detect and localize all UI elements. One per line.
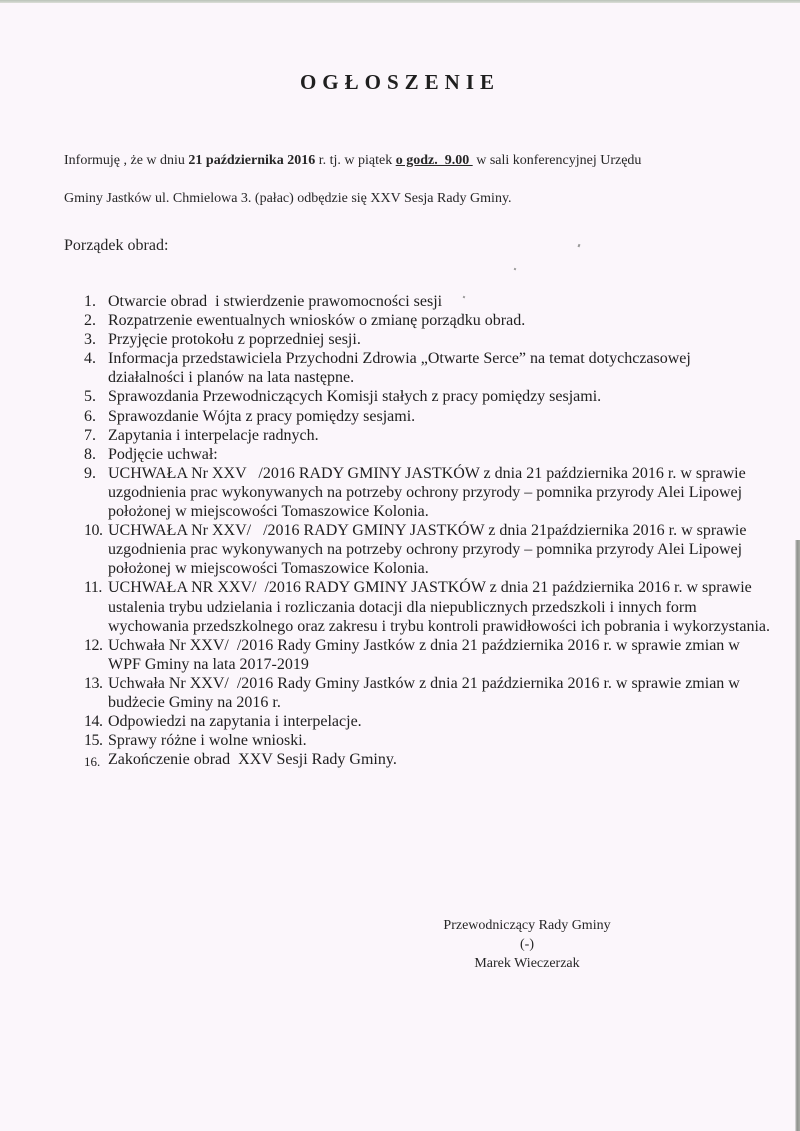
intro-line-1: Informuję , że w dniu 21 października 20… bbox=[64, 153, 784, 169]
agenda-item-number: 5. bbox=[84, 387, 96, 406]
agenda-item-text: Zakończenie obrad XXV Sesji Rady Gminy. bbox=[108, 750, 794, 769]
scan-speck bbox=[514, 268, 516, 270]
agenda-item-number: 11. bbox=[84, 578, 102, 597]
agenda-item: 11.UCHWAŁA NR XXV/ /2016 RADY GMINY JAST… bbox=[84, 578, 794, 635]
agenda-item-number: 14. bbox=[84, 712, 103, 731]
agenda-item-number: 13. bbox=[84, 674, 103, 693]
agenda-item-text: UCHWAŁA NR XXV/ /2016 RADY GMINY JASTKÓW… bbox=[108, 578, 774, 635]
agenda-item: 2.Rozpatrzenie ewentualnych wniosków o z… bbox=[84, 311, 794, 330]
agenda-item: 7.Zapytania i interpelacje radnych. bbox=[84, 426, 794, 445]
agenda-item: 9.UCHWAŁA Nr XXV /2016 RADY GMINY JASTKÓ… bbox=[84, 464, 794, 521]
agenda-item-number: 1. bbox=[84, 292, 96, 311]
agenda-item: 4.Informacja przedstawiciela Przychodni … bbox=[84, 349, 794, 387]
agenda-item: 10.UCHWAŁA Nr XXV/ /2016 RADY GMINY JAST… bbox=[84, 521, 794, 578]
agenda-item-text: Informacja przedstawiciela Przychodni Zd… bbox=[108, 349, 704, 387]
signature-block: Przewodniczący Rady Gminy (-) Marek Wiec… bbox=[412, 916, 642, 973]
agenda-item-text: Podjęcie uchwał: bbox=[108, 445, 794, 464]
agenda-item-text: Rozpatrzenie ewentualnych wniosków o zmi… bbox=[108, 311, 794, 330]
intro-line-2: Gminy Jastków ul. Chmielowa 3. (pałac) o… bbox=[64, 191, 784, 207]
agenda-item-text: Sprawy różne i wolne wnioski. bbox=[108, 731, 794, 750]
agenda-item: 15.Sprawy różne i wolne wnioski. bbox=[84, 731, 794, 750]
intro-prefix: Informuję , że w dniu bbox=[64, 153, 188, 168]
signature-name: Marek Wieczerzak bbox=[412, 954, 642, 973]
document-title: OGŁOSZENIE bbox=[0, 70, 800, 95]
agenda-item-text: Zapytania i interpelacje radnych. bbox=[108, 426, 794, 445]
agenda-item: 13.Uchwała Nr XXV/ /2016 Rady Gminy Jast… bbox=[84, 674, 794, 712]
agenda-item-number: 10. bbox=[84, 521, 103, 540]
agenda-item-text: Przyjęcie protokołu z poprzedniej sesji. bbox=[108, 330, 794, 349]
meeting-time: o godz. 9.00 bbox=[396, 153, 473, 168]
agenda-item-text: Uchwała Nr XXV/ /2016 Rady Gminy Jastków… bbox=[108, 674, 754, 712]
agenda-item-number: 16. bbox=[84, 752, 100, 771]
agenda-item-number: 8. bbox=[84, 445, 96, 464]
signature-role: Przewodniczący Rady Gminy bbox=[412, 916, 642, 935]
agenda-item-text: Uchwała Nr XXV/ /2016 Rady Gminy Jastków… bbox=[108, 636, 754, 674]
agenda-item: 5.Sprawozdania Przewodniczących Komisji … bbox=[84, 387, 794, 406]
agenda-item-number: 3. bbox=[84, 330, 96, 349]
agenda-item: 1.Otwarcie obrad i stwierdzenie prawomoc… bbox=[84, 292, 794, 311]
scan-speck bbox=[578, 244, 580, 247]
meeting-date: 21 października 2016 bbox=[188, 153, 315, 168]
intro-mid: r. tj. w piątek bbox=[315, 153, 396, 168]
agenda-item-number: 15. bbox=[84, 731, 103, 750]
agenda-item-text: Otwarcie obrad i stwierdzenie prawomocno… bbox=[108, 292, 794, 311]
agenda-item-number: 7. bbox=[84, 426, 96, 445]
agenda-item-number: 4. bbox=[84, 349, 96, 368]
document-page: OGŁOSZENIE Informuję , że w dniu 21 paźd… bbox=[0, 0, 800, 1131]
agenda-item-text: Sprawozdanie Wójta z pracy pomiędzy sesj… bbox=[108, 407, 794, 426]
agenda-item-number: 2. bbox=[84, 311, 96, 330]
agenda-item: 8.Podjęcie uchwał: bbox=[84, 445, 794, 464]
agenda-item-number: 9. bbox=[84, 464, 96, 483]
agenda-item: 3.Przyjęcie protokołu z poprzedniej sesj… bbox=[84, 330, 794, 349]
agenda-item: 16.Zakończenie obrad XXV Sesji Rady Gmin… bbox=[84, 750, 794, 769]
agenda-item-text: Odpowiedzi na zapytania i interpelacje. bbox=[108, 712, 794, 731]
agenda-item-number: 12. bbox=[84, 636, 103, 655]
agenda-item-text: UCHWAŁA Nr XXV/ /2016 RADY GMINY JASTKÓW… bbox=[108, 521, 790, 578]
agenda-item: 12.Uchwała Nr XXV/ /2016 Rady Gminy Jast… bbox=[84, 636, 794, 674]
agenda-label: Porządek obrad: bbox=[64, 237, 168, 255]
agenda-item-text: Sprawozdania Przewodniczących Komisji st… bbox=[108, 387, 794, 406]
agenda-item-number: 6. bbox=[84, 407, 96, 426]
intro-suffix: w sali konferencyjnej Urzędu bbox=[473, 153, 642, 168]
agenda-item: 14.Odpowiedzi na zapytania i interpelacj… bbox=[84, 712, 794, 731]
agenda-item-text: UCHWAŁA Nr XXV /2016 RADY GMINY JASTKÓW … bbox=[108, 464, 790, 521]
signature-mark: (-) bbox=[412, 935, 642, 954]
agenda-list: 1.Otwarcie obrad i stwierdzenie prawomoc… bbox=[84, 292, 794, 769]
agenda-item: 6.Sprawozdanie Wójta z pracy pomiędzy se… bbox=[84, 407, 794, 426]
